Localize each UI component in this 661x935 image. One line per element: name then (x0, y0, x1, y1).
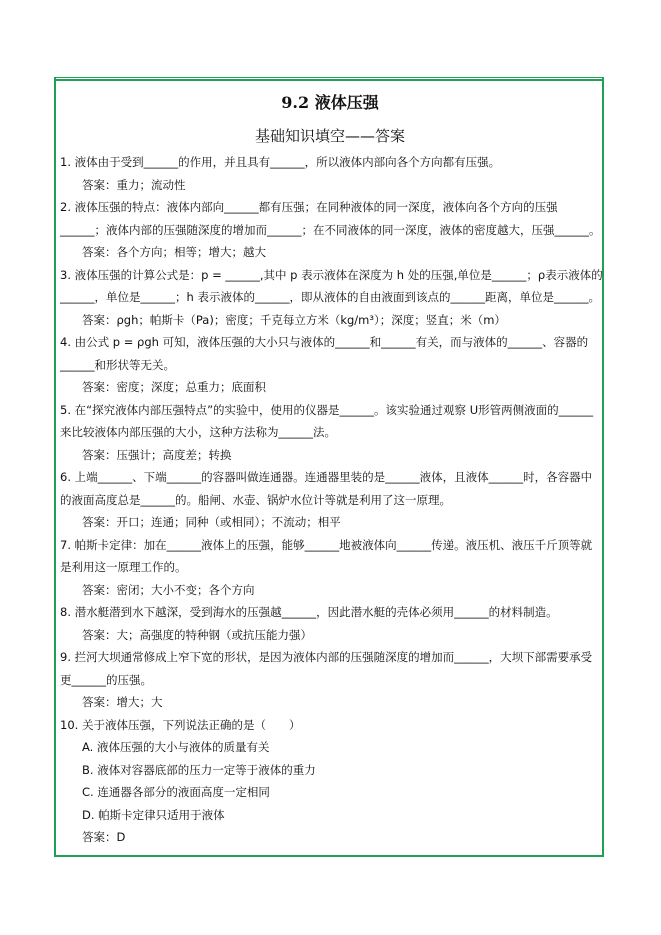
question-9-line-1: 9. 拦河大坝通常修成上窄下宽的形状，是因为液体内部的压强随深度的增加而____… (60, 646, 600, 669)
answer-4: 答案：密度；深度；总重力；底面积 (60, 376, 600, 399)
question-1-line-1: 1. 液体由于受到______的作用，并且具有______，所以液体内部向各个方… (60, 151, 600, 174)
answer-9: 答案：增大；大 (60, 691, 600, 714)
question-7-line-1: 7. 帕斯卡定律：加在______液体上的压强，能够______地被液体向___… (60, 534, 600, 557)
option-d: D. 帕斯卡定律只适用于液体 (60, 804, 600, 827)
question-7-line-2: 是利用这一原理工作的。 (60, 556, 600, 579)
question-5-line-2: 来比较液体内部压强的大小，这种方法称为______法。 (60, 421, 600, 444)
document-frame: 9.2 液体压强 基础知识填空——答案 1. 液体由于受到______的作用，并… (54, 77, 604, 857)
question-5-line-1: 5. 在“探究液体内部压强特点”的实验中，使用的仪器是______。该实验通过观… (60, 399, 600, 422)
question-8-line-1: 8. 潜水艇潜到水下越深，受到海水的压强越______，因此潜水艇的壳体必须用_… (60, 601, 600, 624)
answer-2: 答案：各个方向；相等；增大；越大 (60, 241, 600, 264)
option-c: C. 连通器各部分的液面高度一定相同 (60, 781, 600, 804)
question-4-line-2: ______和形状等无关。 (60, 354, 600, 377)
answer-10: 答案：D (60, 826, 600, 849)
question-6-line-2: 的液面高度总是______的。船闸、水壶、锅炉水位计等就是利用了这一原理。 (60, 489, 600, 512)
question-3-line-1: 3. 液体压强的计算公式是：p = ______,其中 p 表示液体在深度为 h… (60, 264, 600, 287)
answer-8: 答案：大；高强度的特种钢（或抗压能力强） (60, 624, 600, 647)
page-subtitle: 基础知识填空——答案 (60, 123, 600, 149)
answer-5: 答案：压强计；高度差；转换 (60, 444, 600, 467)
question-6-line-1: 6. 上端______、下端______的容器叫做连通器。连通器里装的是____… (60, 466, 600, 489)
question-2-line-2: ______；液体内部的压强随深度的增加而______；在不同液体的同一深度，液… (60, 219, 600, 242)
option-b: B. 液体对容器底部的压力一定等于液体的重力 (60, 759, 600, 782)
page-title: 9.2 液体压强 (60, 90, 600, 116)
question-3-line-2: ______，单位是______；h 表示液体的______，即从液体的自由液面… (60, 286, 600, 309)
document-content: 9.2 液体压强 基础知识填空——答案 1. 液体由于受到______的作用，并… (60, 88, 600, 849)
answer-6: 答案：开口；连通；同种（或相同）；不流动；相平 (60, 511, 600, 534)
answer-1: 答案：重力；流动性 (60, 174, 600, 197)
question-10: 10. 关于液体压强，下列说法正确的是（ ） (60, 714, 600, 737)
question-4-line-1: 4. 由公式 p = ρgh 可知，液体压强的大小只与液体的______和___… (60, 331, 600, 354)
option-a: A. 液体压强的大小与液体的质量有关 (60, 736, 600, 759)
question-2-line-1: 2. 液体压强的特点：液体内部向______都有压强；在同种液体的同一深度，液体… (60, 196, 600, 219)
answer-7: 答案：密闭；大小不变；各个方向 (60, 579, 600, 602)
answer-3: 答案：ρgh；帕斯卡（Pa)；密度；千克每立方米（kg/m³）；深度；竖直；米（… (60, 309, 600, 332)
question-9-line-2: 更______的压强。 (60, 669, 600, 692)
